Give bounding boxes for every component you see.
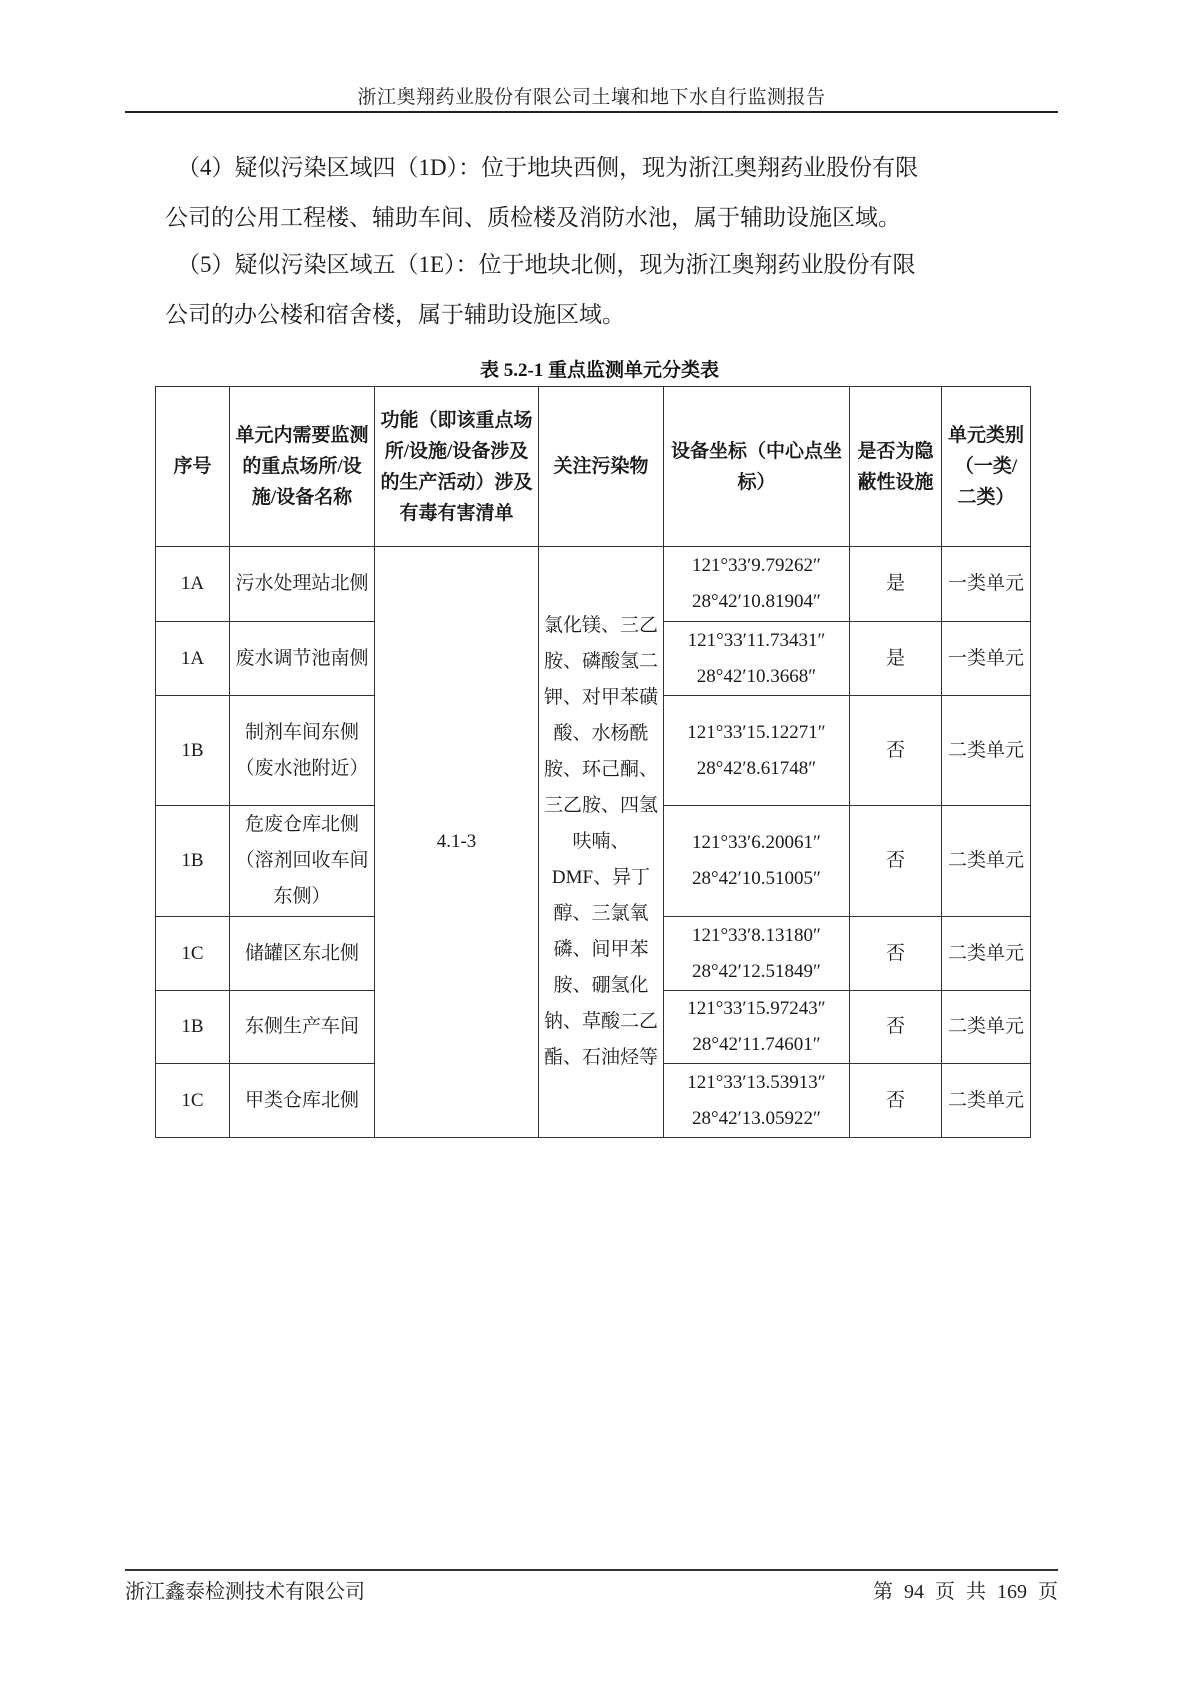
- concealed-flag: 否: [850, 917, 942, 991]
- longitude: 121°33′11.73431″: [668, 623, 845, 659]
- unit-id: 1B: [156, 696, 230, 806]
- page-header-title: 浙江奥翔药业股份有限公司土壤和地下水自行监测报告: [125, 82, 1058, 109]
- concealed-flag: 是: [850, 547, 942, 622]
- coordinates: 121°33′11.73431″28°42′10.3668″: [664, 622, 850, 696]
- longitude: 121°33′13.53913″: [668, 1065, 845, 1101]
- facility-name: 东侧生产车间: [230, 991, 375, 1064]
- facility-name: 废水调节池南侧: [230, 622, 375, 696]
- column-header: 单元内需要监测的重点场所/设施/设备名称: [230, 387, 375, 547]
- unit-id: 1B: [156, 991, 230, 1064]
- column-header: 单元类别（一类/二类）: [942, 387, 1031, 547]
- coordinates: 121°33′13.53913″28°42′13.05922″: [664, 1064, 850, 1138]
- coordinates: 121°33′15.12271″28°42′8.61748″: [664, 696, 850, 806]
- facility-name: 危废仓库北侧（溶剂回收车间东侧）: [230, 806, 375, 917]
- longitude: 121°33′15.97243″: [668, 991, 845, 1027]
- column-header: 功能（即该重点场所/设施/设备涉及的生产活动）涉及有毒有害清单: [375, 387, 539, 547]
- concealed-flag: 否: [850, 806, 942, 917]
- unit-category: 一类单元: [942, 622, 1031, 696]
- latitude: 28°42′11.74601″: [668, 1027, 845, 1063]
- latitude: 28°42′10.81904″: [668, 584, 845, 620]
- unit-id: 1C: [156, 917, 230, 991]
- concealed-flag: 否: [850, 991, 942, 1064]
- column-header: 序号: [156, 387, 230, 547]
- coordinates: 121°33′15.97243″28°42′11.74601″: [664, 991, 850, 1064]
- unit-id: 1A: [156, 547, 230, 622]
- coordinates: 121°33′8.13180″28°42′12.51849″: [664, 917, 850, 991]
- latitude: 28°42′12.51849″: [668, 954, 845, 990]
- table-row: 1A 污水处理站北侧 4.1-3 氯化镁、三乙胺、磷酸氢二钾、对甲苯磺酸、水杨酰…: [156, 547, 1031, 622]
- column-header: 设备坐标（中心点坐标）: [664, 387, 850, 547]
- monitoring-unit-table: 序号 单元内需要监测的重点场所/设施/设备名称 功能（即该重点场所/设施/设备涉…: [155, 386, 1031, 1138]
- latitude: 28°42′10.3668″: [668, 659, 845, 695]
- footer-divider: [125, 1569, 1058, 1571]
- longitude: 121°33′6.20061″: [668, 825, 845, 861]
- coordinates: 121°33′6.20061″28°42′10.51005″: [664, 806, 850, 917]
- paragraph-line: （5）疑似污染区域五（1E）：位于地块北侧，现为浙江奥翔药业股份有限: [177, 240, 977, 290]
- function-reference: 4.1-3: [375, 547, 539, 1138]
- paragraph-region-4: （4）疑似污染区域四（1D）：位于地块西侧，现为浙江奥翔药业股份有限 公司的公用…: [177, 143, 977, 243]
- facility-name: 甲类仓库北侧: [230, 1064, 375, 1138]
- paragraph-line: （4）疑似污染区域四（1D）：位于地块西侧，现为浙江奥翔药业股份有限: [177, 143, 977, 193]
- header-divider: [125, 111, 1058, 113]
- unit-id: 1A: [156, 622, 230, 696]
- unit-category: 一类单元: [942, 547, 1031, 622]
- concealed-flag: 否: [850, 1064, 942, 1138]
- unit-category: 二类单元: [942, 696, 1031, 806]
- facility-name: 制剂车间东侧（废水池附近）: [230, 696, 375, 806]
- page-number: 第 94 页 共 169 页: [873, 1575, 1058, 1604]
- unit-category: 二类单元: [942, 917, 1031, 991]
- longitude: 121°33′15.12271″: [668, 715, 845, 751]
- footer-company: 浙江鑫泰检测技术有限公司: [125, 1575, 365, 1604]
- coordinates: 121°33′9.79262″28°42′10.81904″: [664, 547, 850, 622]
- table-caption: 表 5.2-1 重点监测单元分类表: [0, 355, 1199, 382]
- unit-id: 1B: [156, 806, 230, 917]
- facility-name: 储罐区东北侧: [230, 917, 375, 991]
- paragraph-line: 公司的办公楼和宿舍楼，属于辅助设施区域。: [165, 290, 977, 340]
- paragraph-line: 公司的公用工程楼、辅助车间、质检楼及消防水池，属于辅助设施区域。: [165, 193, 977, 243]
- longitude: 121°33′8.13180″: [668, 918, 845, 954]
- column-header: 关注污染物: [539, 387, 664, 547]
- column-header: 是否为隐蔽性设施: [850, 387, 942, 547]
- unit-id: 1C: [156, 1064, 230, 1138]
- table-header-row: 序号 单元内需要监测的重点场所/设施/设备名称 功能（即该重点场所/设施/设备涉…: [156, 387, 1031, 547]
- unit-category: 二类单元: [942, 806, 1031, 917]
- pollutants-of-concern: 氯化镁、三乙胺、磷酸氢二钾、对甲苯磺酸、水杨酰胺、环己酮、三乙胺、四氢呋喃、DM…: [539, 547, 664, 1138]
- paragraph-region-5: （5）疑似污染区域五（1E）：位于地块北侧，现为浙江奥翔药业股份有限 公司的办公…: [177, 240, 977, 340]
- longitude: 121°33′9.79262″: [668, 548, 845, 584]
- unit-category: 二类单元: [942, 1064, 1031, 1138]
- concealed-flag: 是: [850, 622, 942, 696]
- latitude: 28°42′8.61748″: [668, 751, 845, 787]
- latitude: 28°42′13.05922″: [668, 1101, 845, 1137]
- concealed-flag: 否: [850, 696, 942, 806]
- facility-name: 污水处理站北侧: [230, 547, 375, 622]
- unit-category: 二类单元: [942, 991, 1031, 1064]
- latitude: 28°42′10.51005″: [668, 861, 845, 897]
